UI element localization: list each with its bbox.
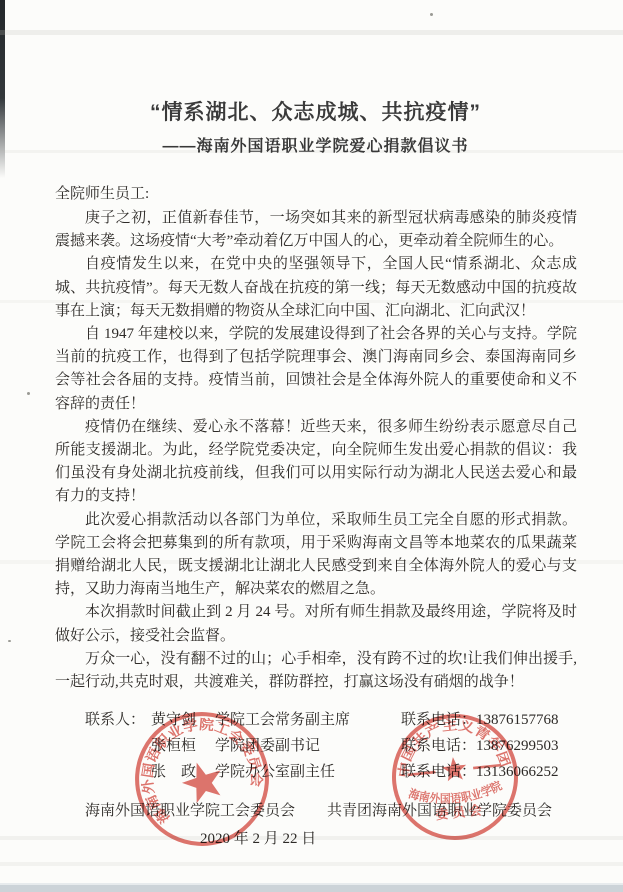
- paragraph: 疫情仍在继续、爱心永不落幕！近些天来，很多师生纷纷表示愿意尽自己所能支援湖北。为…: [55, 416, 577, 509]
- body-text: 庚子之初，正值新春佳节，一场突如其来的新型冠状病毒感染的肺炎疫情震撼来袭。这场疫…: [55, 207, 577, 694]
- document-title: “情系湖北、众志成城、共抗疫情”: [48, 96, 583, 126]
- star-bar-left: [408, 772, 436, 775]
- paragraph: 自疫情发生以来，在党中央的坚强领导下，全国人民“情系湖北、众志成城、共抗疫情”。…: [55, 253, 577, 323]
- youth-league-seal: 中国共产主义青年团 海南外国语职业学院 委 员 会: [388, 710, 522, 844]
- document-subtitle: ——海南外国语职业学院爱心捐款倡议书: [48, 133, 583, 156]
- star-bar-right: [473, 765, 501, 768]
- star-icon: [441, 756, 468, 782]
- scan-bottom-bar: [0, 885, 623, 892]
- paragraph: 自 1947 年建校以来，学院的发展建设得到了社会各界的关心与支持。学院当前的抗…: [55, 323, 577, 416]
- paragraph: 本次捐款时间截止到 2 月 24 号。对所有师生捐款及最终用途，学院将及时做好公…: [55, 601, 577, 647]
- scanned-document-page: “情系湖北、众志成城、共抗疫情” ——海南外国语职业学院爱心捐款倡议书 全院师生…: [0, 0, 623, 892]
- paragraph: 庚子之初，正值新春佳节，一场突如其来的新型冠状病毒感染的肺炎疫情震撼来袭。这场疫…: [55, 207, 577, 253]
- document-content: “情系湖北、众志成城、共抗疫情” ——海南外国语职业学院爱心捐款倡议书 全院师生…: [0, 0, 623, 851]
- salutation: 全院师生员工:: [55, 183, 575, 206]
- scan-streak: [0, 862, 623, 866]
- paragraph: 此次爱心捐款活动以各部门为单位，采取师生员工完全自愿的形式捐款。学院工会将会把募…: [55, 509, 577, 602]
- union-committee-seal: 海南外国语职业学院工会委员会: [131, 708, 273, 850]
- star-icon: [177, 756, 227, 805]
- paragraph: 万众一心，没有翻不过的山；心手相牵，没有跨不过的坎!让我们伸出援手,一起行动,共…: [55, 648, 577, 694]
